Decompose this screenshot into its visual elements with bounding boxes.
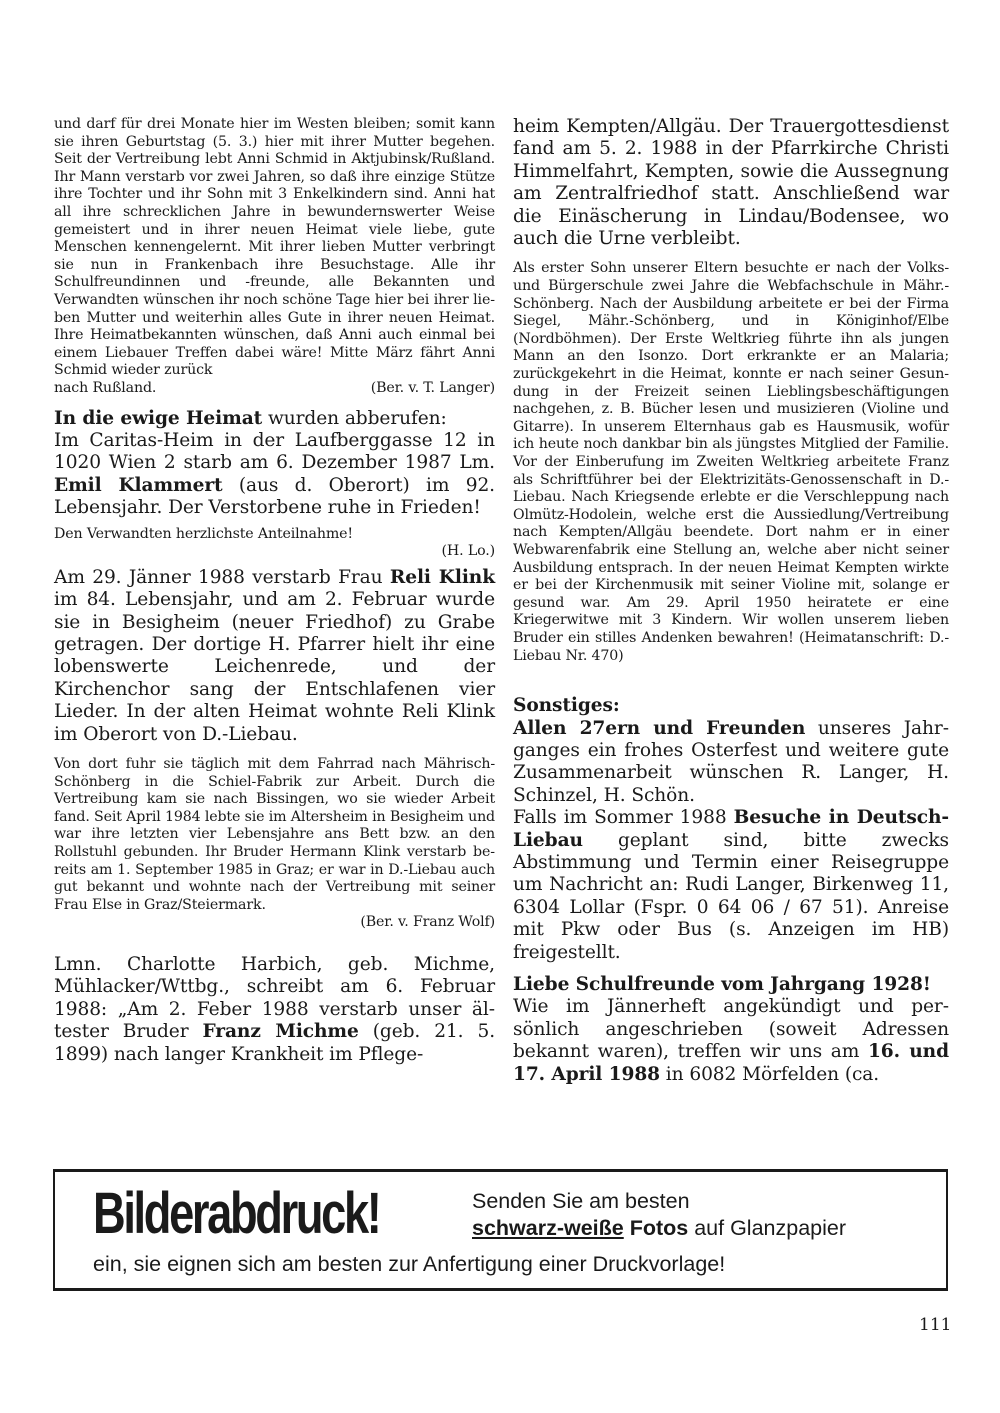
visit-text: Falls im Sommer 1988 [513, 807, 734, 828]
section-heading: Liebe Schulfreunde vom Jahrgang 1928! [513, 974, 949, 996]
obituary-emil-klammert: In die ewige Heimat wurden abberufen: Im… [54, 408, 495, 520]
easter-greeting: Allen 27ern und Freunden unseres Jahr­ga… [513, 718, 949, 808]
deceased-name: Reli Klink [390, 567, 495, 588]
section-miscellaneous: Sonstiges: Allen 27ern und Freunden unse… [513, 695, 949, 964]
closing-line: nach Rußland. (Ber. v. T. Langer) [54, 380, 495, 398]
photo-print-notice-box: Bilderabdruck! Senden Sie am besten schw… [53, 1169, 948, 1291]
right-column: heim Kempten/Allgäu. Der Trauergottes­di… [513, 116, 949, 1086]
obituary-text: Im Caritas-Heim in der Laufberggasse 12 … [54, 430, 495, 473]
notice-text: auf Glanzpapier [688, 1216, 846, 1240]
notice-emphasis: schwarz-weiße [472, 1216, 624, 1240]
article-text: und darf für drei Monate hier im Westen … [54, 116, 495, 378]
greeting-bold: Allen 27ern und Freunden [513, 718, 805, 739]
deceased-name: Franz Michme [203, 1021, 359, 1042]
author-signature: (Ber. v. T. Langer) [371, 380, 495, 398]
section-heading: In die ewige Heimat [54, 408, 262, 429]
author-signature: (H. Lo.) [54, 543, 495, 561]
author-signature: (Ber. v. Franz Wolf) [54, 914, 495, 932]
reunion-text: in 6082 Mörfelden (ca. [660, 1064, 879, 1085]
section-heading: Sonstiges: [513, 695, 949, 717]
obituary-franz-michme: Lmn. Charlotte Harbich, geb. Michme, Müh… [54, 954, 495, 1066]
class-reunion-notice: Liebe Schulfreunde vom Jahrgang 1928! Wi… [513, 974, 949, 1086]
section-heading-rest: wurden abberufen: [262, 408, 447, 429]
biography-franz-michme: Als erster Sohn unserer Eltern besuchte … [513, 260, 949, 665]
notice-line-1: Senden Sie am besten [472, 1188, 846, 1215]
obituary-reli-klink: Am 29. Jänner 1988 verstarb Frau Reli Kl… [54, 567, 495, 746]
notice-headline: Bilderabdruck! [93, 1184, 380, 1244]
obituary-franz-michme-continued: heim Kempten/Allgäu. Der Trauergottes­di… [513, 116, 949, 250]
notice-line-2: schwarz-weiße Fotos auf Glanzpapier [472, 1215, 846, 1242]
obituary-text: Von dort fuhr sie täglich mit dem Fahrra… [54, 756, 495, 913]
visit-notice: Falls im Sommer 1988 Besuche in Deutsch-… [513, 807, 949, 964]
article-anni-schmid: und darf für drei Monate hier im Westen … [54, 116, 495, 398]
notice-bold: Fotos [624, 1216, 689, 1240]
page-number: 111 [919, 1315, 951, 1335]
condolence: Den Verwandten herzlichste Anteilnahme! [54, 526, 495, 544]
deceased-name: Emil Klammert [54, 475, 223, 496]
left-column: und darf für drei Monate hier im Westen … [54, 116, 495, 1066]
notice-line-3: ein, sie eignen sich am besten zur Anfer… [93, 1251, 725, 1277]
article-last-line: nach Rußland. [54, 380, 156, 398]
obituary-text: im 84. Lebensjahr, und am 2. Fe­bruar wu… [54, 589, 495, 744]
obituary-text: Am 29. Jänner 1988 verstarb Frau [54, 567, 390, 588]
notice-instructions: Senden Sie am besten schwarz-weiße Fotos… [472, 1188, 846, 1242]
obituary-reli-klink-continued: Von dort fuhr sie täglich mit dem Fahrra… [54, 756, 495, 932]
